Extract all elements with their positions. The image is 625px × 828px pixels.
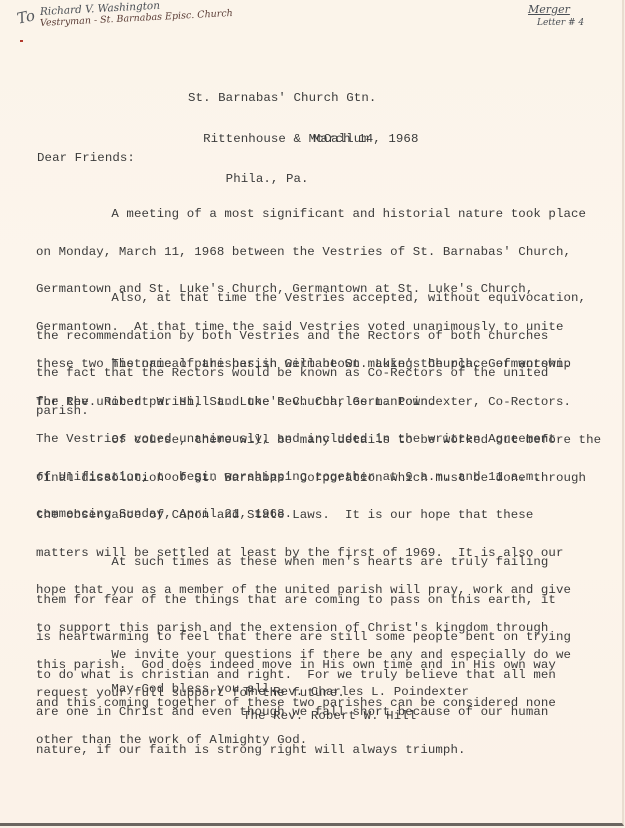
text-line: them for fear of the things that are com… — [36, 594, 571, 607]
handwritten-merger-label: Merger — [528, 3, 570, 16]
text-line: The name of the parish will be St. Luke'… — [36, 358, 571, 371]
paragraph-blessing: May God bless you all. — [36, 658, 277, 721]
text-line: Also, at that time the Vestries accepted… — [36, 292, 586, 305]
signature-hill: The Rev. Robert W. Hill — [243, 710, 416, 723]
text-line: A meeting of a most significant and hist… — [36, 208, 586, 221]
letter-page: To Richard V. Washington Vestryman - St.… — [0, 0, 624, 826]
salutation: Dear Friends: — [37, 152, 135, 165]
letter-date: March 14, 1968 — [313, 133, 419, 146]
signature-poindexter: The Rev. Charles L. Poindexter — [243, 686, 469, 699]
handwritten-letter-number: Letter # 4 — [537, 18, 584, 28]
text-line: Of course, there will be many details to… — [36, 434, 601, 447]
text-line: on Monday, March 11, 1968 between the Ve… — [36, 246, 586, 259]
letterhead-line: St. Barnabas' Church Gtn. — [188, 92, 376, 106]
text-line: nature, if our faith is strong right wil… — [36, 744, 571, 757]
text-line: the observance of Canon and State Laws. … — [36, 509, 601, 522]
text-line: May God bless you all. — [36, 683, 277, 696]
ink-mark — [20, 40, 23, 42]
handwritten-to-mark: To — [15, 6, 36, 27]
text-line: The Rev. Robert W. Hill and the Rev. Cha… — [36, 396, 571, 409]
text-line: final dissolution of St. Barnabas' Corpo… — [36, 472, 601, 485]
text-line: At such times as these when men's hearts… — [36, 556, 571, 569]
